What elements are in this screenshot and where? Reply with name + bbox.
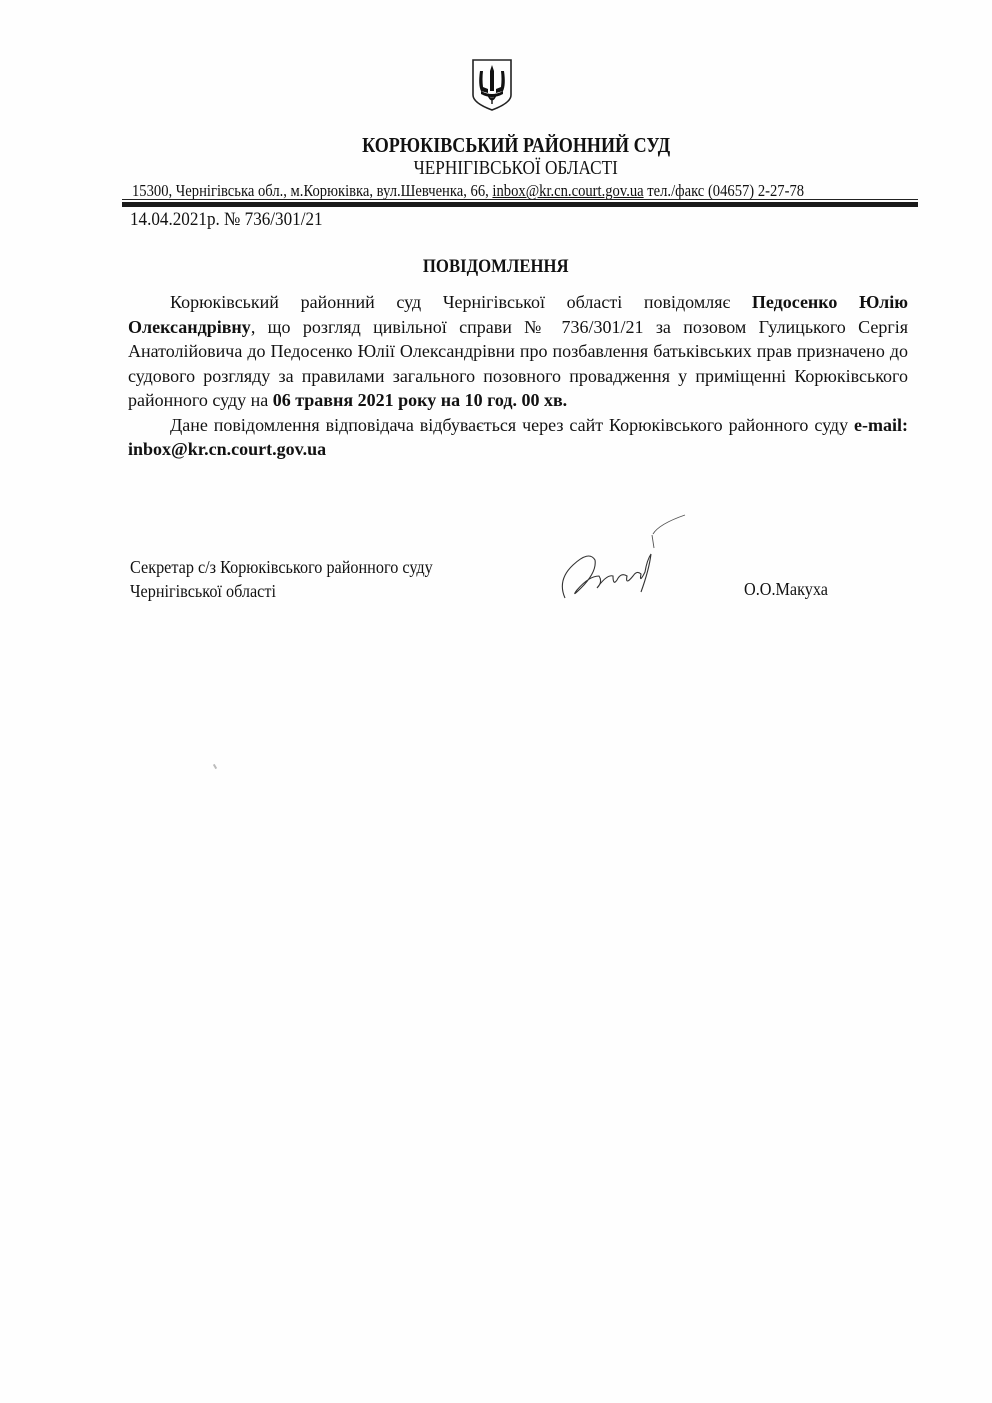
handwritten-signature-icon (555, 510, 705, 605)
header-divider-thin (122, 199, 918, 200)
hearing-datetime: 06 травня 2021 року на 10 год. 00 хв. (273, 390, 567, 410)
header-divider-thick (122, 202, 918, 207)
document-title: ПОВІДОМЛЕННЯ (0, 256, 992, 278)
trident-emblem-icon (470, 57, 514, 113)
notice-method-paragraph: Дане повідомлення відповідача відбуваєть… (128, 413, 908, 462)
address-text: 15300, Чернігівська обл., м.Корюківка, в… (132, 181, 492, 200)
court-name: КОРЮКІВСЬКИЙ РАЙОННИЙ СУД (0, 133, 992, 158)
signer-position: Секретар с/з Корюківського районного суд… (130, 555, 466, 603)
court-email-link[interactable]: inbox@kr.cn.court.gov.ua (492, 181, 643, 200)
court-address: 15300, Чернігівська обл., м.Корюківка, в… (132, 181, 912, 201)
document-body: Корюківський районний суд Чернігівської … (128, 290, 908, 462)
court-region: ЧЕРНІГІВСЬКОЇ ОБЛАСТІ (0, 157, 992, 180)
signer-name: О.О.Макуха (744, 579, 837, 600)
document-page: КОРЮКІВСЬКИЙ РАЙОННИЙ СУД ЧЕРНІГІВСЬКОЇ … (0, 0, 992, 1403)
date-and-case-number: 14.04.2021р. № 736/301/21 (130, 209, 344, 231)
phone-fax: тел./факс (04657) 2-27-78 (644, 181, 804, 200)
notice-paragraph: Корюківський районний суд Чернігівської … (128, 290, 908, 413)
scan-speck (213, 764, 217, 769)
